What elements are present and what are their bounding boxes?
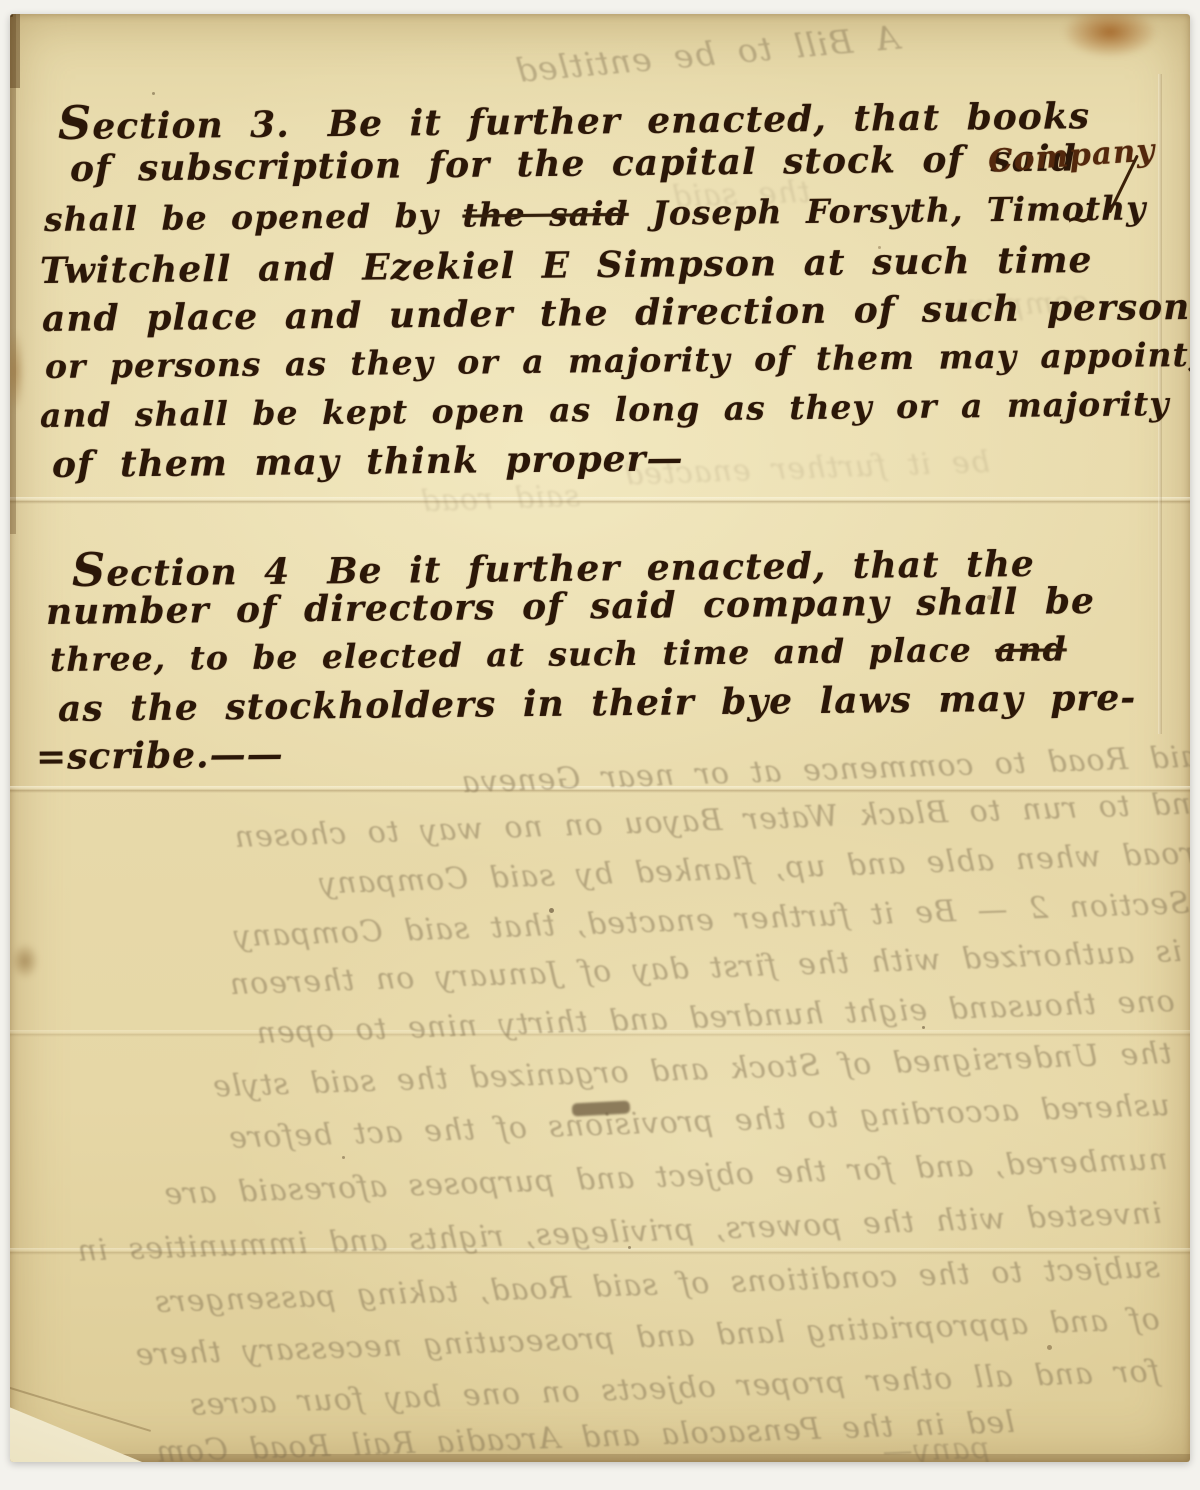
manuscript-line: =scribe.—— bbox=[36, 733, 284, 778]
manuscript-line: shall be opened by the said Joseph Forsy… bbox=[44, 188, 1147, 239]
manuscript-line: and shall be kept open as long as they o… bbox=[40, 384, 1170, 435]
manuscript-line: as the stockholders in their bye laws ma… bbox=[58, 677, 1137, 730]
line-text: Twitchell and Ezekiel E Simpson at such … bbox=[40, 239, 1093, 292]
edge-stain bbox=[10, 332, 24, 410]
left-edge-shadow bbox=[10, 14, 16, 534]
scanned-manuscript-page: { "document": { "kind": "Handwritten leg… bbox=[0, 0, 1200, 1490]
line-pre: three, to be elected at such time and pl… bbox=[50, 630, 996, 679]
manuscript-line: Twitchell and Ezekiel E Simpson at such … bbox=[40, 239, 1093, 292]
line-text: or persons as they or a majority of them… bbox=[45, 335, 1190, 386]
line-text: and place and under the direction of suc… bbox=[42, 286, 1190, 340]
edge-stain bbox=[12, 944, 38, 978]
manuscript-line: or persons as they or a majority of them… bbox=[45, 335, 1190, 386]
manuscript-paper: A Bill to be entitled be it further enac… bbox=[10, 14, 1190, 1462]
line-text: of them may think proper— bbox=[52, 437, 684, 486]
manuscript-line: of them may think proper— bbox=[52, 437, 684, 486]
rust-stain bbox=[1062, 14, 1158, 58]
manuscript-line: three, to be elected at such time and pl… bbox=[50, 629, 1067, 679]
line-text: =scribe.—— bbox=[36, 733, 284, 778]
bleedthrough-ghost: said road bbox=[160, 479, 581, 529]
manuscript-line: and place and under the direction of suc… bbox=[42, 286, 1190, 340]
left-corner-notch bbox=[10, 14, 20, 88]
struck-text: and bbox=[995, 629, 1067, 669]
foxing-specks bbox=[10, 14, 13, 17]
line-post: Joseph Forsyth, Timothy bbox=[629, 188, 1147, 232]
line-text: as the stockholders in their bye laws ma… bbox=[58, 677, 1137, 730]
line-pre: shall be opened by bbox=[44, 196, 463, 239]
line-text: and shall be kept open as long as they o… bbox=[40, 384, 1170, 435]
struck-text: the said bbox=[462, 194, 629, 235]
